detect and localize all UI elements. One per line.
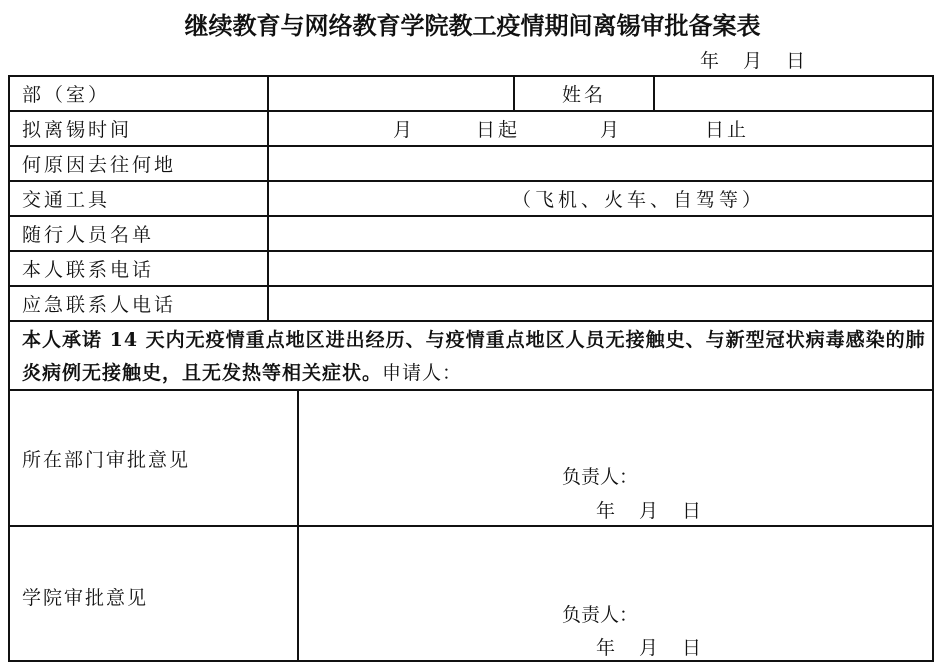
leave-start-month: 月 [393,115,415,142]
row-divider [8,180,934,182]
leave-end-day: 日止 [705,115,749,142]
reason-destination-field[interactable] [269,147,932,179]
leave-end-month: 月 [600,115,622,142]
reason-destination-label: 何原因去往何地 [22,150,176,177]
row-divider [8,110,934,112]
college-approval-date: 年月日 [596,633,725,660]
leave-time-label: 拟离锡时间 [22,115,132,142]
dept-approval-date: 年月日 [596,496,725,523]
companions-field[interactable] [269,217,932,249]
col-divider [513,75,515,110]
dept-approval-label: 所在部门审批意见 [22,445,190,472]
transport-label: 交通工具 [22,185,110,212]
promise-text: 本人承诺 14 天内无疫情重点地区进出经历、与疫情重点地区人员无接触史、与新型冠… [22,329,926,384]
dept-signer-label: 负责人： [562,462,638,489]
transport-hint: （飞机、火车、自驾等） [512,185,765,212]
name-label: 姓名 [562,80,606,107]
department-field[interactable] [269,77,512,109]
college-signer-label: 负责人： [562,600,638,627]
dept-approval-field[interactable] [299,391,932,451]
college-approval-field[interactable] [299,527,932,587]
applicant-label: 申请人： [382,362,462,384]
name-field[interactable] [655,77,932,109]
phone-field[interactable] [269,252,932,284]
form-title: 继续教育与网络教育学院教工疫情期间离锡审批备案表 [0,6,945,41]
college-approval-label: 学院审批意见 [22,583,148,610]
leave-start-day: 日起 [476,115,520,142]
emergency-phone-label: 应急联系人电话 [22,290,176,317]
promise-statement: 本人承诺 14 天内无疫情重点地区进出经历、与疫情重点地区人员无接触史、与新型冠… [22,324,928,390]
companions-label: 随行人员名单 [22,220,154,247]
row-divider [8,320,934,322]
emergency-phone-field[interactable] [269,287,932,319]
department-label: 部（室） [22,80,110,107]
header-day: 日 [786,46,805,73]
header-date: 年月日 [700,46,829,73]
header-month: 月 [743,46,762,73]
header-year: 年 [700,46,719,73]
phone-label: 本人联系电话 [22,255,154,282]
